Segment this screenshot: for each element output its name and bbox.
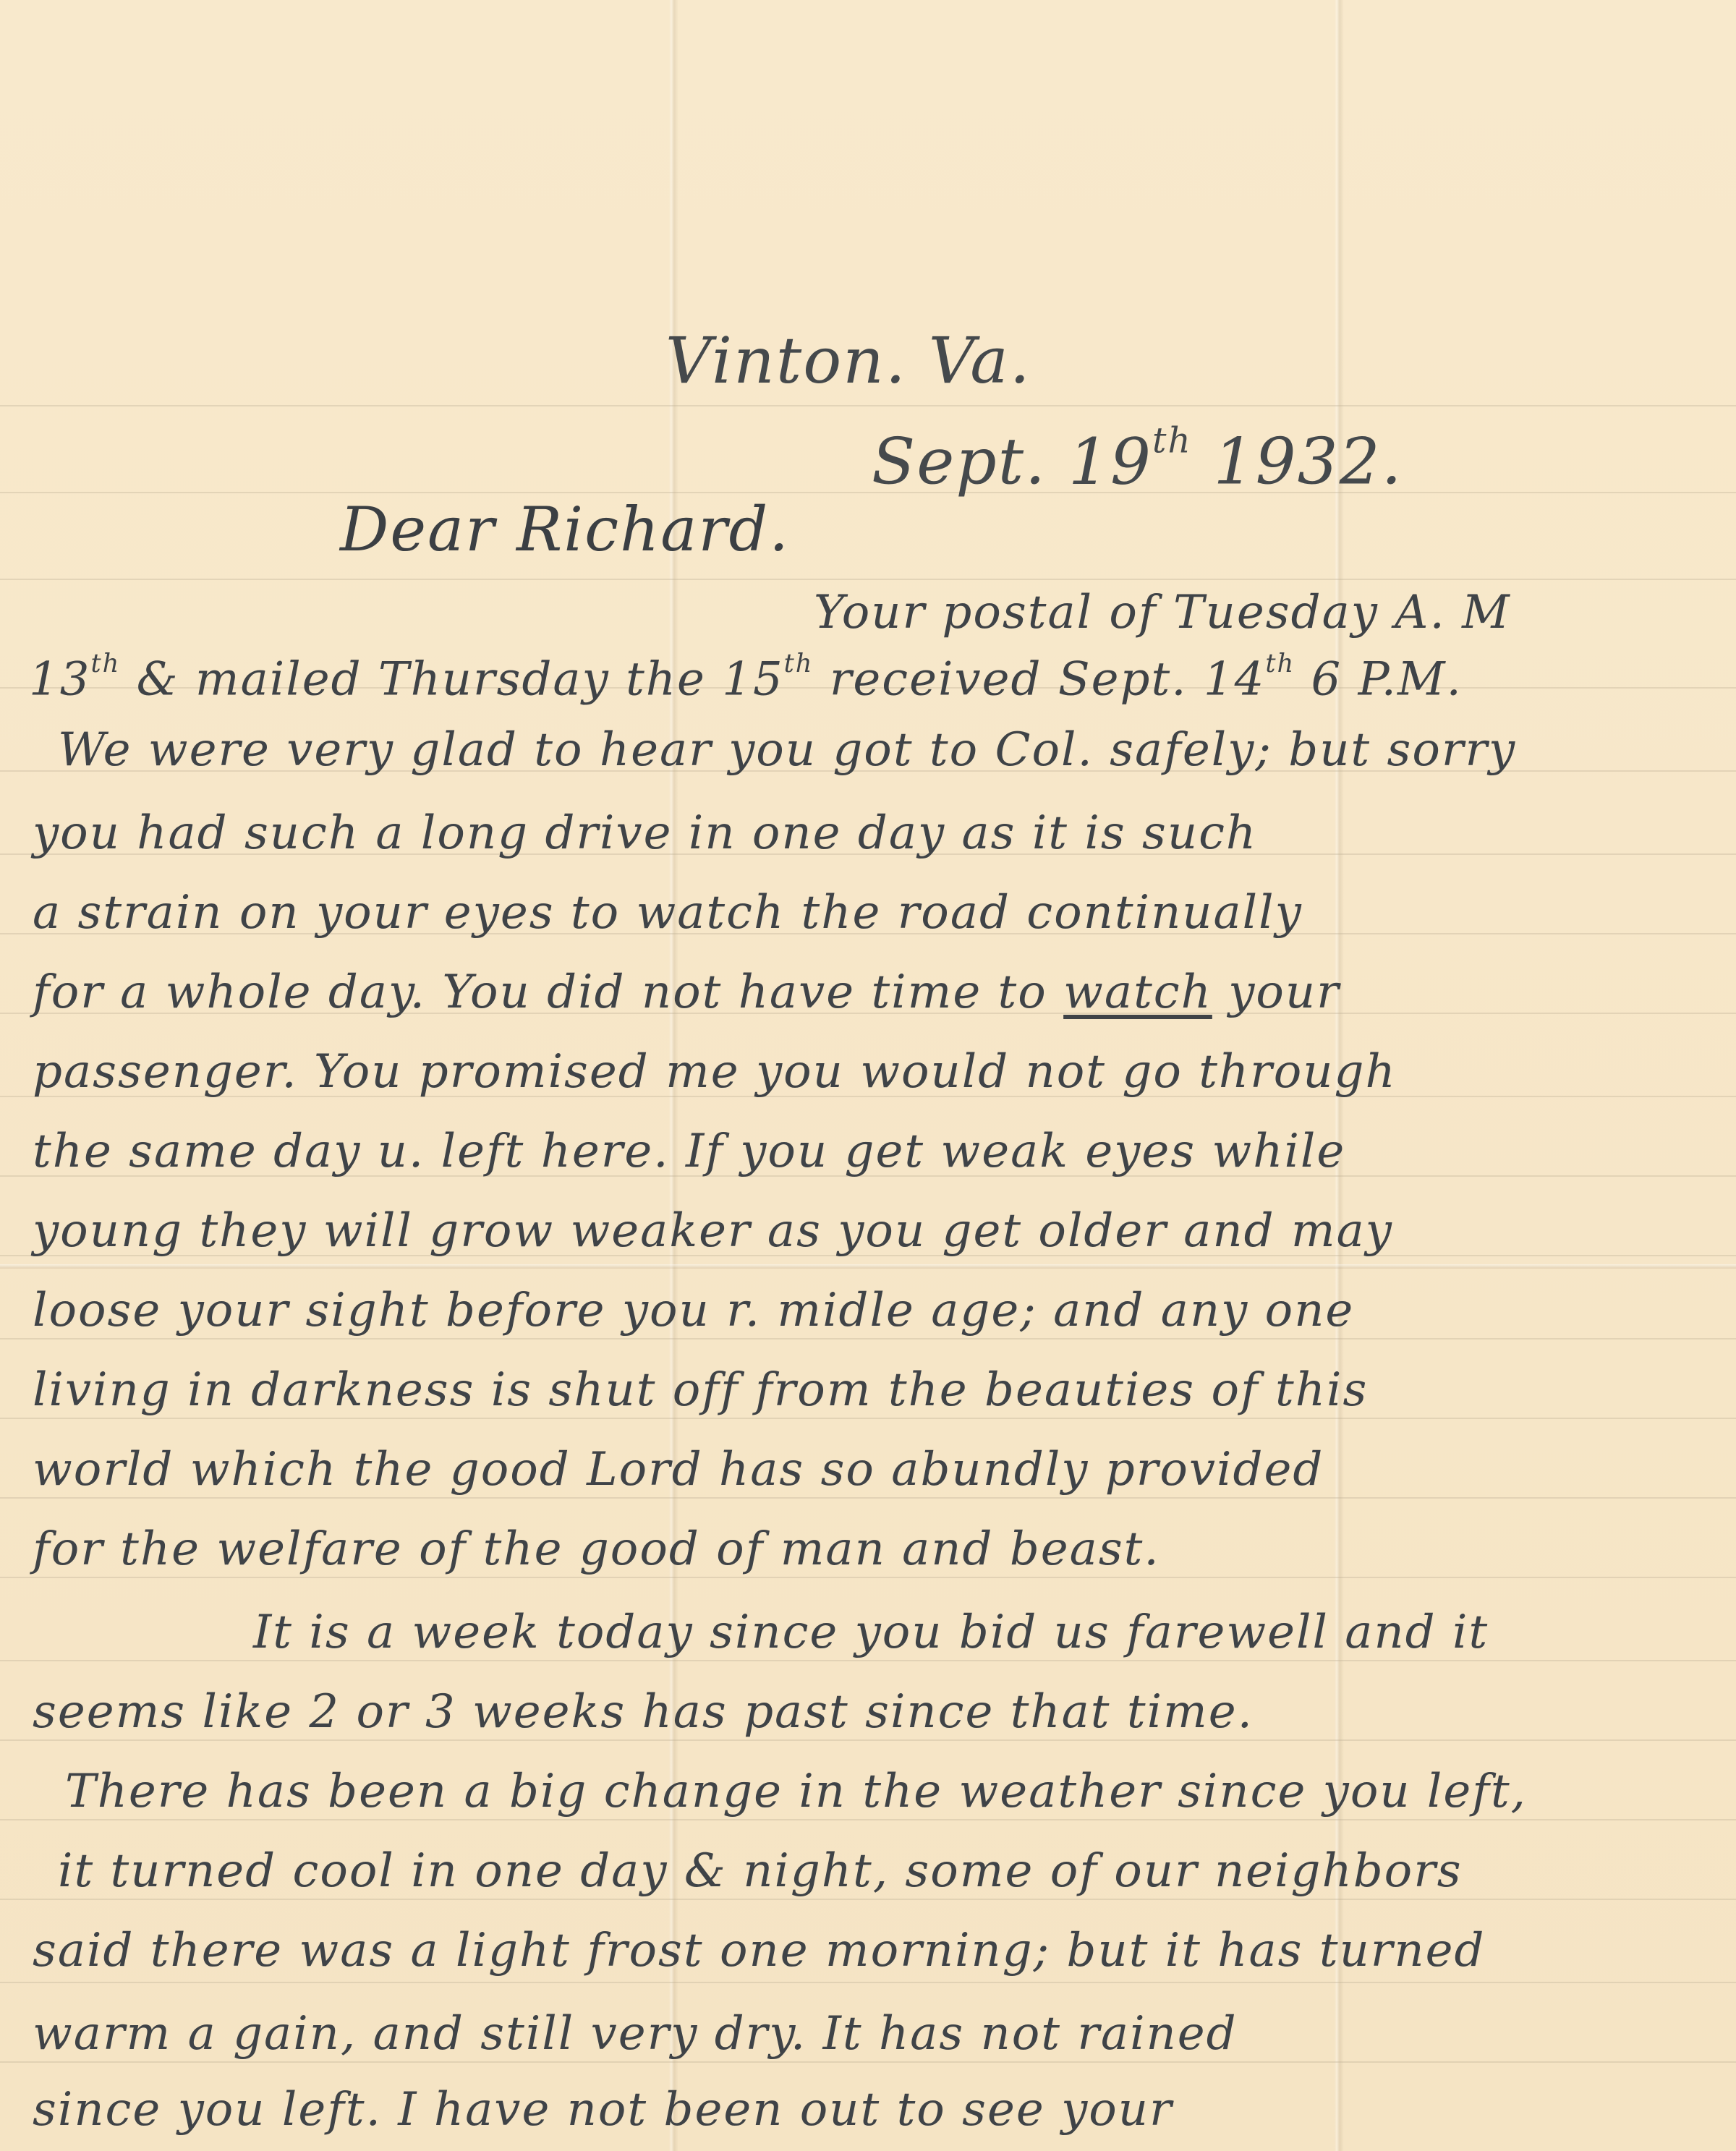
letter-place: Vinton. Va. bbox=[665, 329, 1031, 393]
ruled-line bbox=[0, 2061, 1736, 2063]
date-day: 19th bbox=[1068, 425, 1192, 499]
salutation: Dear Richard. bbox=[340, 499, 790, 560]
letter-line-20: since you left. I have not been out to s… bbox=[33, 2087, 1173, 2133]
ruled-line bbox=[0, 1338, 1736, 1339]
letter-line-10: loose your sight before you r. midle age… bbox=[33, 1287, 1354, 1334]
letter-line-7: passenger. You promised me you would not… bbox=[33, 1049, 1397, 1095]
letter-line-17: it turned cool in one day & night, some … bbox=[58, 1848, 1463, 1894]
ruled-line bbox=[0, 579, 1736, 580]
letter-line-1: Your postal of Tuesday A. M bbox=[814, 589, 1511, 636]
ruled-line bbox=[0, 1739, 1736, 1741]
ruled-line bbox=[0, 1819, 1736, 1820]
ruled-line bbox=[0, 1497, 1736, 1499]
letter-date: Sept. 19th 1932. bbox=[872, 423, 1403, 494]
date-year: 1932. bbox=[1214, 425, 1403, 499]
ruled-line bbox=[0, 1418, 1736, 1419]
letter-line-4: you had such a long drive in one day as … bbox=[33, 810, 1257, 856]
letter-line-14: It is a week today since you bid us fare… bbox=[253, 1609, 1489, 1656]
letter-line-9: young they will grow weaker as you get o… bbox=[33, 1208, 1393, 1254]
letter-line-19: warm a gain, and still very dry. It has … bbox=[33, 2011, 1238, 2057]
ruled-line bbox=[0, 492, 1736, 493]
letter-line-3: We were very glad to hear you got to Col… bbox=[58, 727, 1516, 773]
letter-line-5: a strain on your eyes to watch the road … bbox=[33, 890, 1303, 936]
ruled-line bbox=[0, 1660, 1736, 1661]
horizontal-fold-crease bbox=[0, 1264, 1736, 1269]
letter-line-8: the same day u. left here. If you get we… bbox=[33, 1128, 1345, 1175]
letter-line-16: There has been a big change in the weath… bbox=[65, 1768, 1527, 1815]
ruled-line bbox=[0, 1899, 1736, 1900]
letter-line-15: seems like 2 or 3 weeks has past since t… bbox=[33, 1689, 1254, 1735]
ruled-line bbox=[0, 405, 1736, 406]
ruled-line bbox=[0, 1982, 1736, 1983]
letter-line-6: for a whole day. You did not have time t… bbox=[33, 969, 1340, 1015]
letter-line-11: living in darkness is shut off from the … bbox=[33, 1367, 1368, 1413]
letter-line-2: 13th & mailed Thursday the 15th received… bbox=[29, 651, 1463, 703]
letter-page: Vinton. Va. Sept. 19th 1932. Dear Richar… bbox=[0, 0, 1736, 2151]
letter-line-12: world which the good Lord has so abundly… bbox=[33, 1447, 1324, 1493]
letter-line-18: said there was a light frost one morning… bbox=[33, 1928, 1485, 1974]
letter-line-13: for the welfare of the good of man and b… bbox=[33, 1526, 1160, 1572]
date-month: Sept. bbox=[872, 425, 1047, 499]
emphasized-word: watch bbox=[1063, 966, 1212, 1019]
ruled-line bbox=[0, 1577, 1736, 1578]
